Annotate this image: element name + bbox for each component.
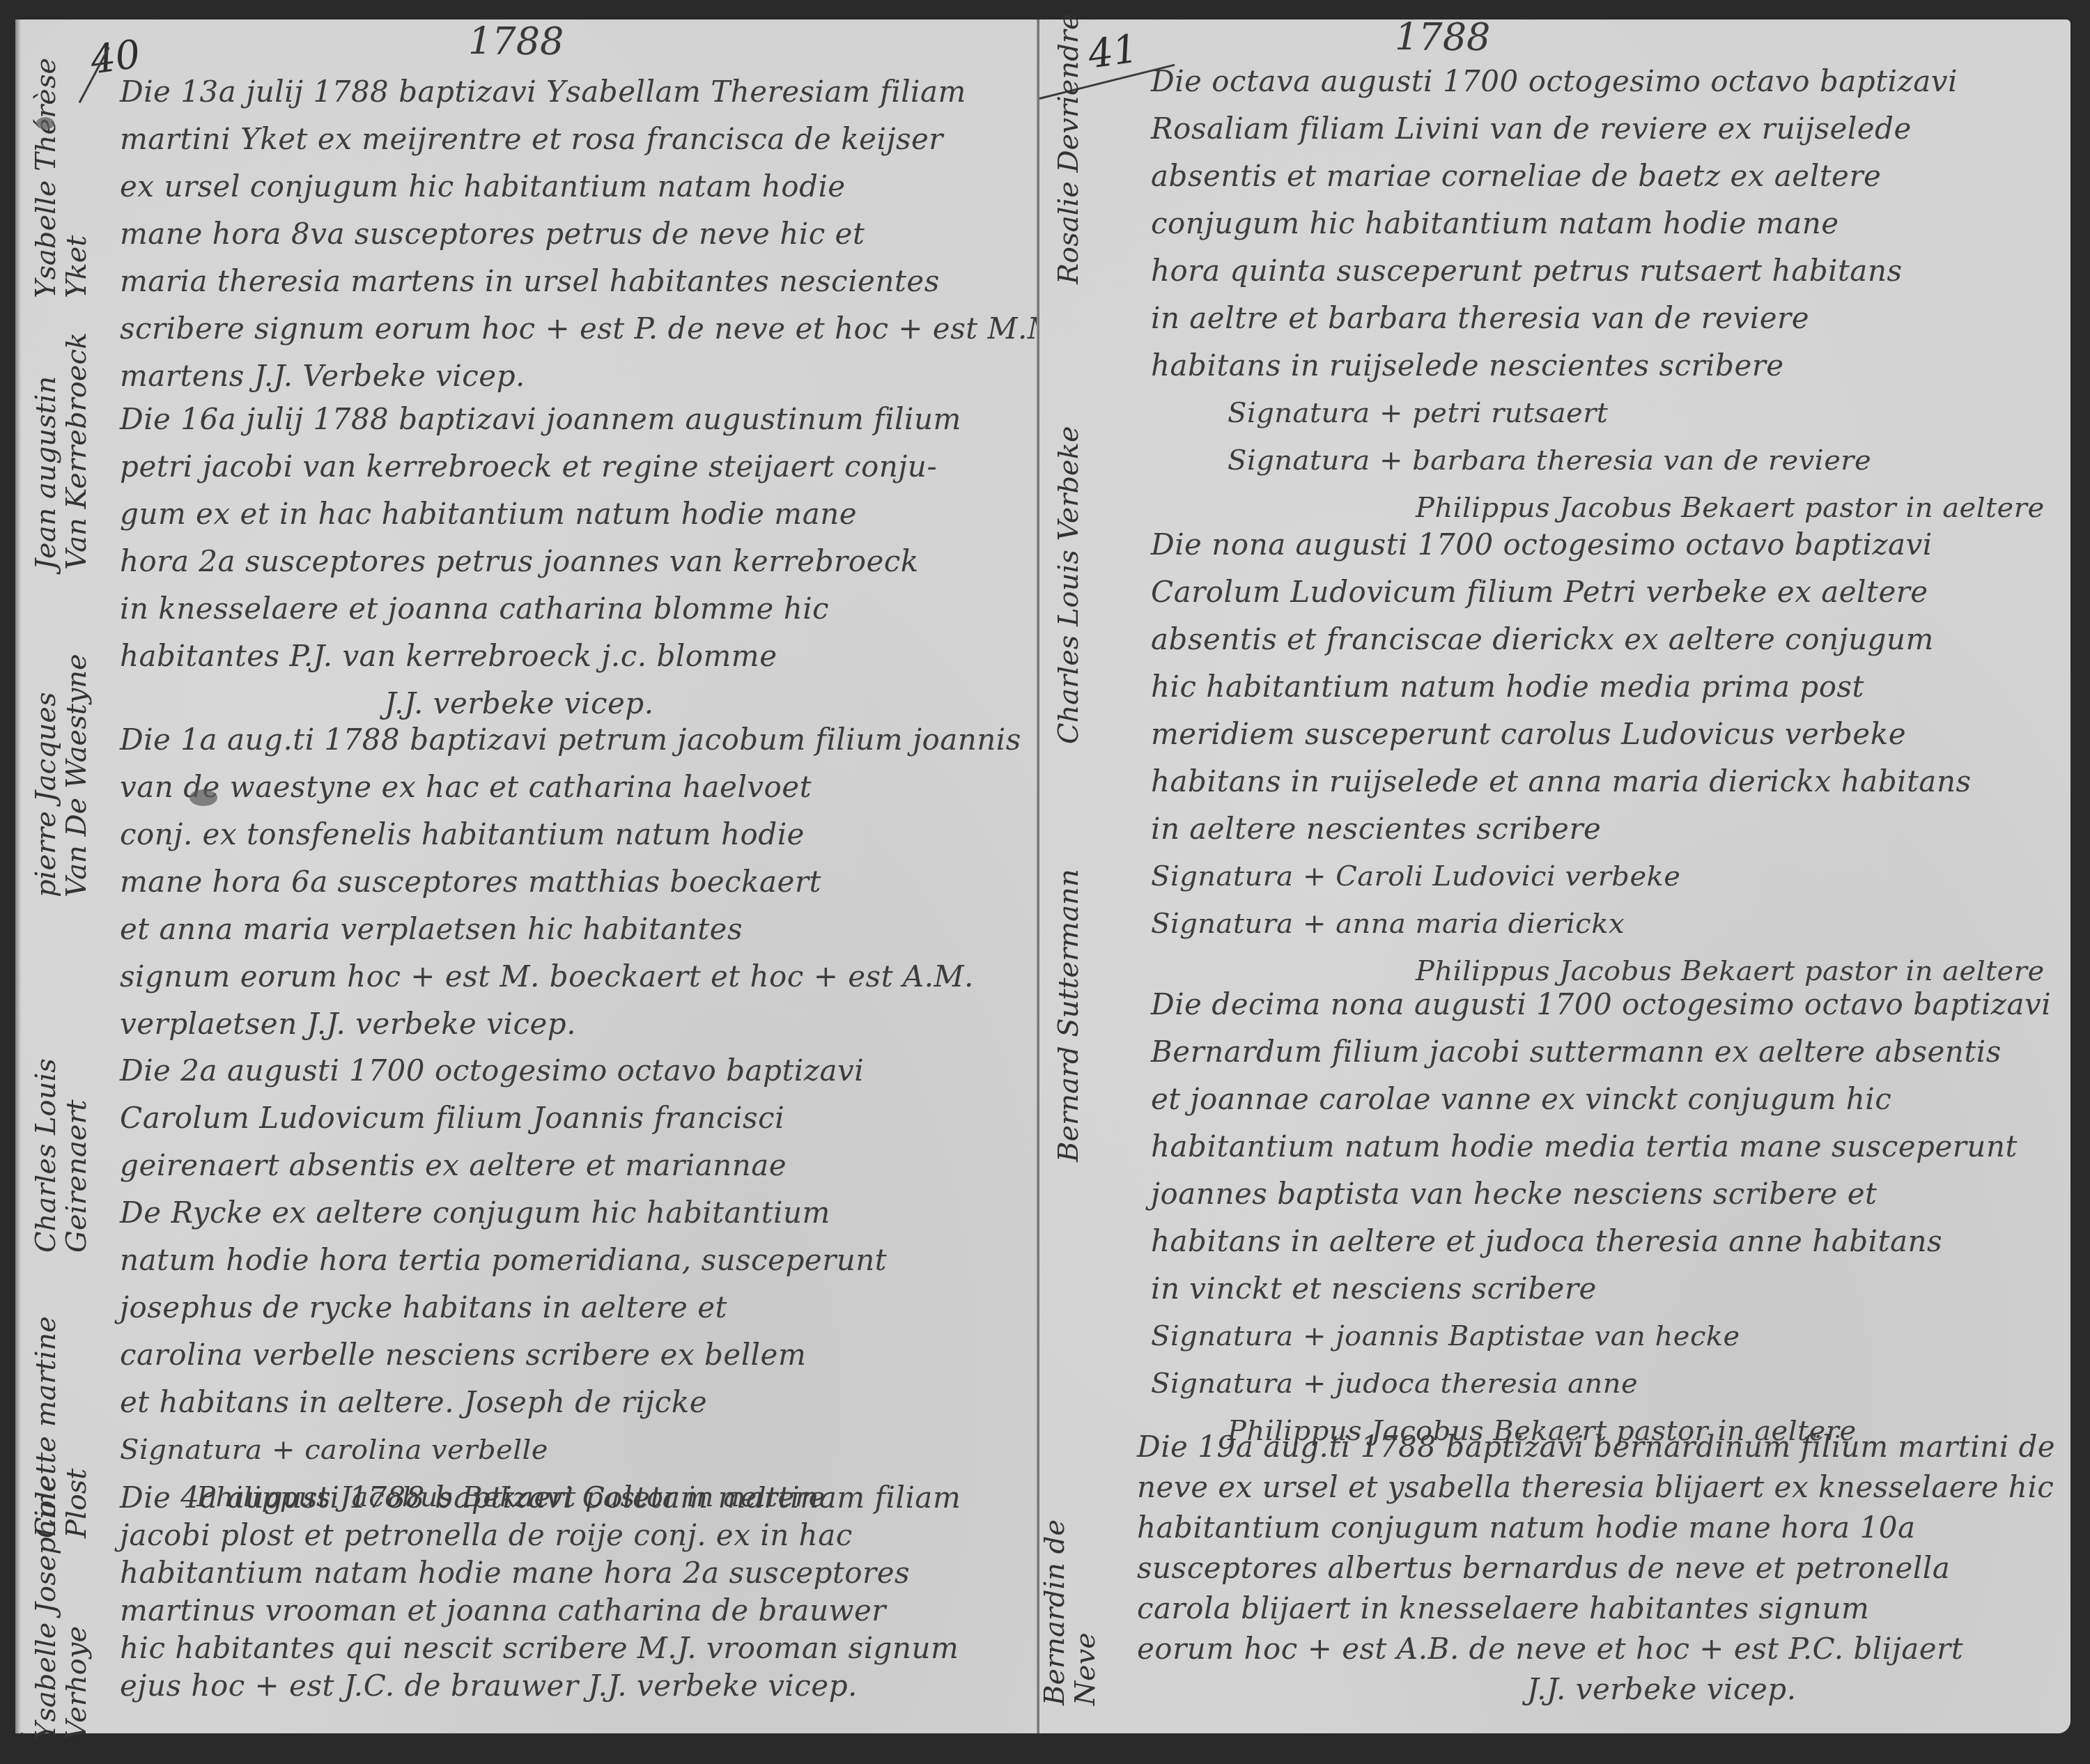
entry-line: et joannae carolae vanne ex vinckt conju… [1151,1076,2051,1123]
baptism-entry: Die 1a aug.ti 1788 baptizavi petrum jaco… [120,716,1021,1048]
entry-line: mane hora 8va susceptores petrus de neve… [120,210,1067,258]
entry-line: meridiem susceperunt carolus Ludovicus v… [1151,711,2045,758]
entry-line: absentis et mariae corneliae de baetz ex… [1151,153,2045,200]
entry-line: scribere signum eorum hoc + est P. de ne… [120,305,1067,353]
entry-line: hora quinta susceperunt petrus rutsaert … [1151,247,2045,295]
margin-note-line: Bernardin de [1039,1519,1070,1705]
baptism-entry: Die 2a augusti 1700 octogesimo octavo ba… [120,1047,887,1521]
entry-line: in knesselaere et joanna catharina blomm… [120,585,961,633]
page-number-right: 41 [1085,26,1141,77]
entry-line: natum hodie hora tertia pomeridiana, sus… [120,1237,887,1284]
signature-line: Signatura + judoca theresia anne [1151,1360,2051,1407]
margin-note: Rosalie Devriendre [1053,13,1084,284]
ink-blot [189,789,217,806]
entry-line: in vinckt et nesciens scribere [1151,1265,2051,1313]
entry-line: verplaetsen J.J. verbeke vicep. [120,1000,1021,1048]
entry-line: habitantium natum hodie media tertia man… [1151,1123,2051,1170]
margin-note-line: Jean augustin [31,332,61,570]
baptism-entry: Die 13a julij 1788 baptizavi Ysabellam T… [120,68,1067,400]
signature-line: J.J. verbeke vicep. [1137,1669,2055,1710]
margin-note-line: Ysabelle Josephine [31,1476,61,1740]
entry-line: martini Yket ex meijrentre et rosa franc… [120,116,1067,163]
entry-line: Die nona augusti 1700 octogesimo octavo … [1151,521,2045,568]
baptism-entry: Die octava augusti 1700 octogesimo octav… [1151,58,2045,532]
ink-blot [36,117,54,130]
entry-line: habitans in aeltere et judoca theresia a… [1151,1218,2051,1265]
left-page: 40 1788 Ysabelle Thérèse Yket Jean augus… [15,20,1038,1733]
entry-line: martinus vrooman et joanna catharina de … [120,1592,961,1630]
entry-line: Carolum Ludovicum filium Joannis francis… [120,1094,887,1142]
margin-note-line: pierre Jacques [31,653,61,897]
margin-note-line: Rosalie Devriendre [1053,13,1084,284]
entry-line: Die 1a aug.ti 1788 baptizavi petrum jaco… [120,716,1021,764]
margin-note-line: Yket [61,58,92,298]
entry-line: van de waestyne ex hac et catharina hael… [120,764,1021,811]
entry-line: Die 4a augusti 1788 baptizavi Coletam ma… [120,1479,961,1517]
baptism-entry: Die 19a aug.ti 1788 baptizavi bernardinu… [1137,1427,2055,1710]
margin-note-line: Ysabelle Thérèse [31,58,61,298]
entry-line: Die 13a julij 1788 baptizavi Ysabellam T… [120,68,1067,116]
entry-line: hora 2a susceptores petrus joannes van k… [120,538,961,585]
entry-line: hic habitantes qui nescit scribere M.J. … [120,1630,961,1667]
entry-line: conjugum hic habitantium natam hodie man… [1151,200,2045,247]
entry-line: maria theresia martens in ursel habitant… [120,258,1067,305]
entry-line: Carolum Ludovicum filium Petri verbeke e… [1151,568,2045,616]
entry-line: conj. ex tonsfenelis habitantium natum h… [120,811,1021,858]
entry-line: josephus de rycke habitans in aeltere et [120,1284,887,1331]
year-header-left: 1788 [468,20,564,63]
entry-line: neve ex ursel et ysabella theresia blija… [1137,1467,2055,1508]
entry-line: carolina verbelle nesciens scribere ex b… [120,1331,887,1379]
entry-line: et habitans in aeltere. Joseph de rijcke [120,1379,887,1426]
entry-line: jacobi plost et petronella de roije conj… [120,1517,961,1554]
margin-note: Charles Louis Geirenaert [31,1058,92,1253]
entry-line: ex ursel conjugum hic habitantium natam … [120,163,1067,210]
margin-note-line: Geirenaert [61,1058,92,1253]
entry-line: joannes baptista van hecke nesciens scri… [1151,1170,2051,1218]
open-register-book: 40 1788 Ysabelle Thérèse Yket Jean augus… [15,20,2070,1733]
signature-line: Signatura + carolina verbelle [120,1426,887,1473]
entry-line: habitans in ruijselede nescientes scribe… [1151,342,2045,389]
entry-line: hic habitantium natum hodie media prima … [1151,663,2045,711]
entry-line: et anna maria verplaetsen hic habitantes [120,906,1021,953]
entry-line: martens J.J. Verbeke vicep. [120,353,1067,400]
entry-line: Die 16a julij 1788 baptizavi joannem aug… [120,396,961,443]
margin-note: Ysabelle Thérèse Yket [31,58,92,298]
entry-line: Die 19a aug.ti 1788 baptizavi bernardinu… [1137,1427,2055,1467]
margin-note-line: Van De Waestyne [61,653,92,897]
baptism-entry: Die 4a augusti 1788 baptizavi Coletam ma… [120,1479,961,1705]
entry-line: Die 2a augusti 1700 octogesimo octavo ba… [120,1047,887,1094]
entry-line: carola blijaert in knesselaere habitante… [1137,1588,2055,1629]
right-page: 41 1788 Rosalie Devriendre Charles Louis… [1039,20,2070,1733]
margin-note-line: Verhoye [61,1476,92,1740]
entry-line: Die octava augusti 1700 octogesimo octav… [1151,58,2045,105]
margin-note-line: Charles Louis [31,1058,61,1253]
entry-line: mane hora 6a susceptores matthias boecka… [120,858,1021,906]
entry-line: signum eorum hoc + est M. boeckaert et h… [120,953,1021,1000]
entry-line: habitantes P.J. van kerrebroeck j.c. blo… [120,633,961,680]
signature-line: Signatura + petri rutsaert [1151,389,2045,437]
baptism-entry: Die 16a julij 1788 baptizavi joannem aug… [120,396,961,727]
entry-line: Bernardum filium jacobi suttermann ex ae… [1151,1028,2051,1076]
entry-line: eorum hoc + est A.B. de neve et hoc + es… [1137,1629,2055,1669]
entry-line: susceptores albertus bernardus de neve e… [1137,1548,2055,1588]
entry-line: Die decima nona augusti 1700 octogesimo … [1151,981,2051,1028]
margin-note: Bernardin de Neve [1039,1519,1101,1705]
entry-line: Rosaliam filiam Livini van de reviere ex… [1151,105,2045,153]
year-header-right: 1788 [1395,15,1490,59]
entry-line: geirenaert absentis ex aeltere et marian… [120,1142,887,1189]
entry-line: in aeltre et barbara theresia van de rev… [1151,295,2045,342]
signature-line: Signatura + barbara theresia van de revi… [1151,437,2045,484]
entry-line: habitantium conjugum natum hodie mane ho… [1137,1508,2055,1548]
baptism-entry: Die decima nona augusti 1700 octogesimo … [1151,981,2051,1455]
entry-line: De Rycke ex aeltere conjugum hic habitan… [120,1189,887,1237]
entry-line: habitantium natam hodie mane hora 2a sus… [120,1554,961,1592]
entry-line: ejus hoc + est J.C. de brauwer J.J. verb… [120,1667,961,1705]
margin-note-line: Neve [1070,1519,1101,1705]
entry-line: in aeltere nescientes scribere [1151,805,2045,853]
entry-line: gum ex et in hac habitantium natum hodie… [120,490,961,538]
signature-line: Signatura + anna maria dierickx [1151,900,2045,947]
baptism-entry: Die nona augusti 1700 octogesimo octavo … [1151,521,2045,995]
signature-line: Signatura + Caroli Ludovici verbeke [1151,853,2045,900]
margin-note: pierre Jacques Van De Waestyne [31,653,92,897]
entry-line: absentis et franciscae dierickx ex aelte… [1151,616,2045,663]
margin-note: Bernard Suttermann [1053,869,1084,1162]
entry-line: petri jacobi van kerrebroeck et regine s… [120,443,961,490]
margin-note: Jean augustin Van Kerrebroeck [31,332,92,570]
page-edge-shadow [15,20,21,1733]
margin-note: Ysabelle Josephine Verhoye [31,1476,92,1740]
margin-note: Charles Louis Verbeke [1053,426,1084,744]
margin-note-line: Bernard Suttermann [1053,869,1084,1162]
entry-line: habitans in ruijselede et anna maria die… [1151,758,2045,805]
margin-note-line: Van Kerrebroeck [61,332,92,570]
margin-note-line: Charles Louis Verbeke [1053,426,1084,744]
signature-line: Signatura + joannis Baptistae van hecke [1151,1313,2051,1360]
